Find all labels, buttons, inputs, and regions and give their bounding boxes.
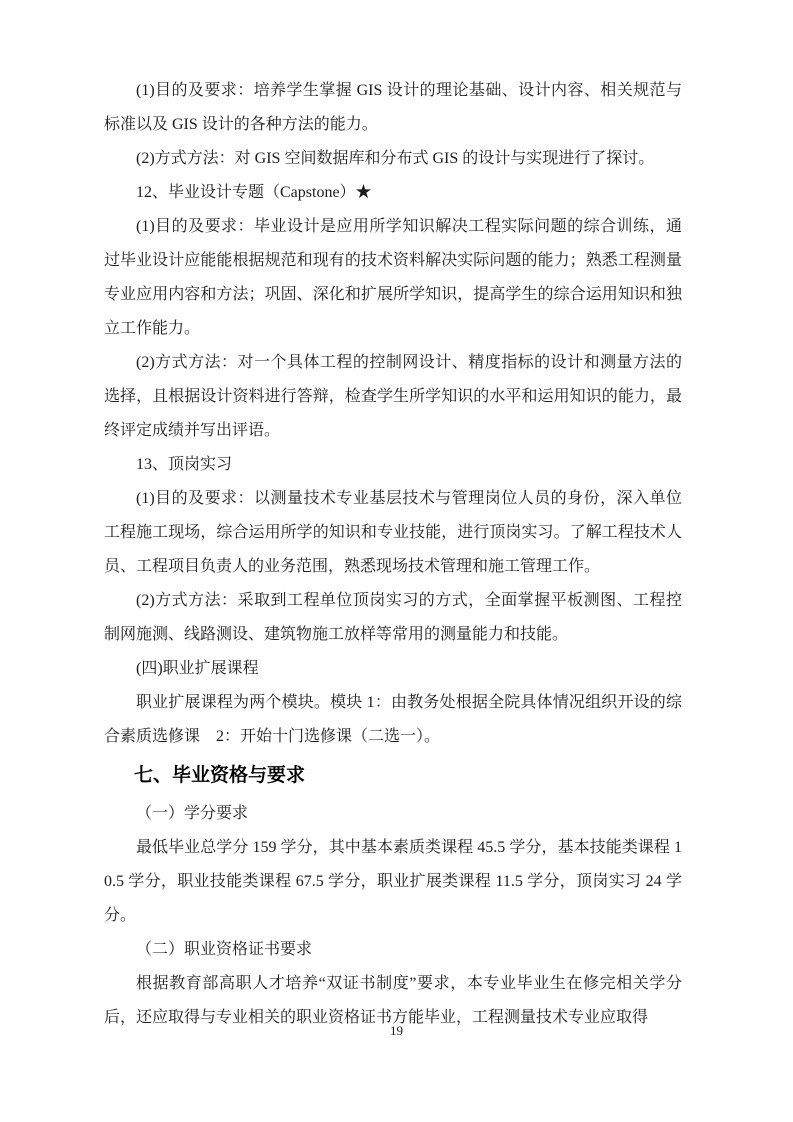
paragraph: 最低毕业总学分 159 学分，其中基本素质类课程 45.5 学分，基本技能类课程… [104, 831, 682, 933]
paragraph: 职业扩展课程为两个模块。模块 1：由教务处根据全院具体情况组织开设的综合素质选修… [104, 686, 682, 754]
document-body: (1)目的及要求：培养学生掌握 GIS 设计的理论基础、设计内容、相关规范与标准… [104, 74, 682, 1035]
paragraph: (2)方式方法：采取到工程单位顶岗实习的方式，全面掌握平板测图、工程控制网施测、… [104, 584, 682, 652]
paragraph: (1)目的及要求：培养学生掌握 GIS 设计的理论基础、设计内容、相关规范与标准… [104, 74, 682, 142]
section-heading: 七、毕业资格与要求 [104, 757, 682, 795]
paragraph: (1)目的及要求：以测量技术专业基层技术与管理岗位人员的身份，深入单位工程施工现… [104, 482, 682, 584]
page-number: 19 [0, 1022, 793, 1040]
paragraph: (2)方式方法：对一个具体工程的控制网设计、精度指标的设计和测量方法的选择，且根… [104, 346, 682, 448]
subsection-heading: (四)职业扩展课程 [104, 652, 682, 686]
list-item-12-heading: 12、毕业设计专题（Capstone）★ [104, 176, 682, 210]
subsection-heading: （一）学分要求 [104, 797, 682, 831]
list-item-13-heading: 13、顶岗实习 [104, 448, 682, 482]
paragraph: (2)方式方法：对 GIS 空间数据库和分布式 GIS 的设计与实现进行了探讨。 [104, 142, 682, 176]
document-page: (1)目的及要求：培养学生掌握 GIS 设计的理论基础、设计内容、相关规范与标准… [0, 0, 793, 1122]
paragraph: (1)目的及要求：毕业设计是应用所学知识解决工程实际问题的综合训练，通过毕业设计… [104, 210, 682, 346]
subsection-heading: （二）职业资格证书要求 [104, 933, 682, 967]
